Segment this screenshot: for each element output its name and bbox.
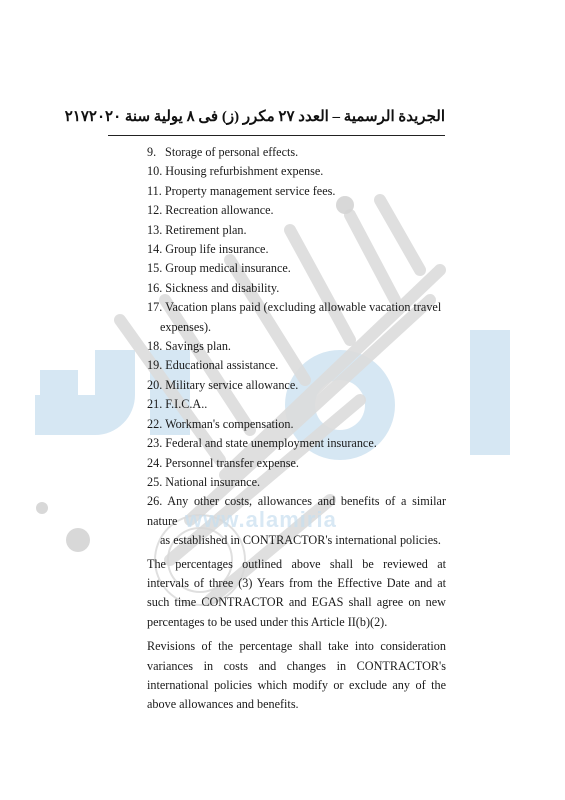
list-item-number: 14.	[147, 240, 162, 259]
list-item-continuation: expenses).	[147, 318, 446, 337]
list-item: 26. Any other costs, allowances and bene…	[147, 492, 446, 550]
list-item: 10. Housing refurbishment expense.	[147, 162, 446, 181]
list-item-text: Housing refurbishment expense.	[165, 164, 323, 178]
list-item-text: Any other costs, allowances and benefits…	[147, 494, 446, 527]
paragraph-review: The percentages outlined above shall be …	[147, 555, 446, 633]
paragraph-revisions: Revisions of the percentage shall take i…	[147, 637, 446, 715]
list-item-number: 10.	[147, 162, 162, 181]
list-item-text: Retirement plan.	[165, 223, 246, 237]
list-item-text: Property management service fees.	[165, 184, 336, 198]
list-item-text: Storage of personal effects.	[165, 145, 298, 159]
list-item: 25. National insurance.	[147, 473, 446, 492]
list-item-number: 16.	[147, 279, 162, 298]
list-item-number: 17.	[147, 298, 162, 317]
list-item: 22. Workman's compensation.	[147, 415, 446, 434]
list-item-number: 22.	[147, 415, 162, 434]
list-item: 19. Educational assistance.	[147, 356, 446, 375]
list-item-text: Workman's compensation.	[165, 417, 293, 431]
list-item-number: 20.	[147, 376, 162, 395]
list-item-number: 15.	[147, 259, 162, 278]
document-body: 9. Storage of personal effects.10. Housi…	[147, 143, 446, 715]
list-item-number: 23.	[147, 434, 162, 453]
list-item-text: Savings plan.	[165, 339, 231, 353]
list-item: 18. Savings plan.	[147, 337, 446, 356]
list-item-text: Educational assistance.	[165, 358, 278, 372]
list-item-number: 25.	[147, 473, 162, 492]
list-item: 16. Sickness and disability.	[147, 279, 446, 298]
list-item-number: 12.	[147, 201, 162, 220]
list-item-text: Military service allowance.	[165, 378, 298, 392]
list-item-text: Vacation plans paid (excluding allowable…	[165, 300, 441, 314]
list-item-number: 19.	[147, 356, 162, 375]
gazette-title: الجريدة الرسمية – العدد ٢٧ مكرر (ز) فى ٨…	[89, 107, 445, 126]
cost-items-list: 9. Storage of personal effects.10. Housi…	[147, 143, 446, 551]
list-item-number: 9.	[147, 143, 162, 162]
list-item: 12. Recreation allowance.	[147, 201, 446, 220]
list-item: 20. Military service allowance.	[147, 376, 446, 395]
list-item-number: 11.	[147, 182, 162, 201]
list-item-number: 24.	[147, 454, 162, 473]
list-item-number: 26.	[147, 492, 162, 511]
list-item-text: National insurance.	[165, 475, 260, 489]
gazette-header: الجريدة الرسمية – العدد ٢٧ مكرر (ز) فى ٨…	[108, 105, 445, 127]
list-item: 23. Federal and state unemployment insur…	[147, 434, 446, 453]
list-item-number: 21.	[147, 395, 162, 414]
list-item: 9. Storage of personal effects.	[147, 143, 446, 162]
list-item-text: Sickness and disability.	[165, 281, 279, 295]
list-item-text: Recreation allowance.	[165, 203, 273, 217]
list-item-number: 13.	[147, 221, 162, 240]
list-item-continuation: as established in CONTRACTOR's internati…	[147, 531, 446, 550]
list-item: 24. Personnel transfer expense.	[147, 454, 446, 473]
list-item-text: Group life insurance.	[165, 242, 268, 256]
list-item-text: Personnel transfer expense.	[165, 456, 299, 470]
list-item: 17. Vacation plans paid (excluding allow…	[147, 298, 446, 337]
list-item: 11. Property management service fees.	[147, 182, 446, 201]
list-item-text: Group medical insurance.	[165, 261, 291, 275]
list-item: 21. F.I.C.A..	[147, 395, 446, 414]
list-item-text: Federal and state unemployment insurance…	[165, 436, 377, 450]
page-number: ٢١٧	[65, 107, 89, 126]
list-item: 15. Group medical insurance.	[147, 259, 446, 278]
list-item-number: 18.	[147, 337, 162, 356]
list-item: 13. Retirement plan.	[147, 221, 446, 240]
list-item-text: F.I.C.A..	[165, 397, 207, 411]
list-item: 14. Group life insurance.	[147, 240, 446, 259]
header-rule	[108, 135, 445, 136]
